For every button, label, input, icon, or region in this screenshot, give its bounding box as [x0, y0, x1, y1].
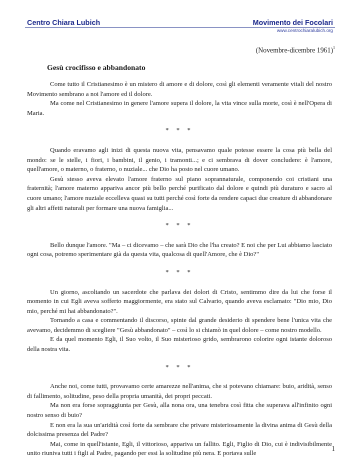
paragraph: Ma non era forse sopraggiunta per Gesù, …	[27, 401, 332, 420]
paragraph: Come tutto il Cristianesimo è un mistero…	[27, 80, 332, 99]
section-separator: * * *	[27, 363, 332, 373]
paragraph: Tornando a casa e commentando il discors…	[27, 316, 332, 335]
header-url[interactable]: www.centrochiaralubich.org	[277, 28, 333, 33]
date-text: (Novembre-dicembre 1961)	[256, 47, 333, 54]
header-movement: Movimento dei Focolari	[253, 18, 333, 27]
document-date: (Novembre-dicembre 1961)1	[256, 45, 335, 54]
paragraph: Un giorno, ascoltando un sacerdote che p…	[27, 288, 332, 317]
section-separator: * * *	[27, 221, 332, 231]
header-organization: Centro Chiara Lubich	[27, 18, 100, 27]
page-number: 1	[332, 446, 335, 453]
paragraph: Anche noi, come tutti, provavamo certe a…	[27, 382, 332, 401]
document-title: Gesù crocifisso e abbandonato	[47, 63, 145, 72]
paragraph: Bello dunque l'amore. "Ma – ci dicevamo …	[27, 241, 332, 260]
paragraph: Mai, come in quell'istante, Egli, il vit…	[27, 440, 332, 459]
paragraph: E da quel momento Egli, il Suo volto, il…	[27, 335, 332, 354]
page-header: Centro Chiara Lubich Movimento dei Focol…	[25, 18, 335, 38]
section-separator: * * *	[27, 268, 332, 278]
paragraph: Ma come nel Cristianesimo in genere l'am…	[27, 99, 332, 118]
paragraph: Gesù stesso aveva elevato l'amore frater…	[27, 175, 332, 213]
section-separator: * * *	[27, 126, 332, 136]
footnote-mark: 1	[333, 45, 335, 50]
paragraph: Quando eravamo agli inizi di questa nuov…	[27, 146, 332, 175]
document-body: Come tutto il Cristianesimo è un mistero…	[27, 80, 332, 459]
paragraph: E non era la sua un'aridità così forte d…	[27, 421, 332, 440]
